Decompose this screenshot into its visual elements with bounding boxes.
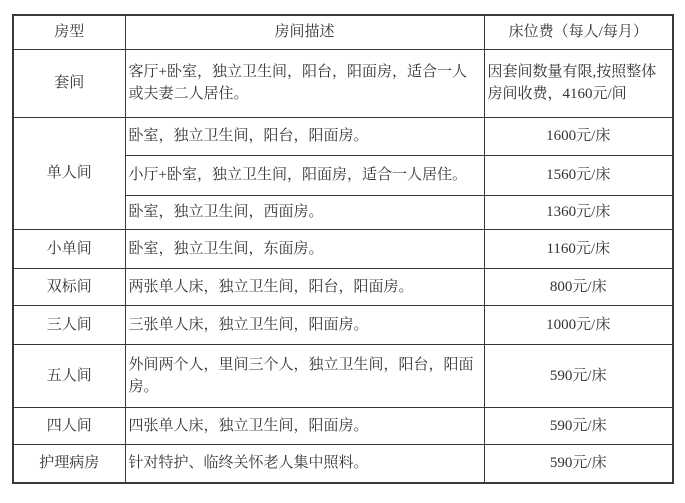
- room-fee-cell: 1600元/床: [484, 117, 673, 155]
- room-desc-cell: 三张单人床，独立卫生间，阳面房。: [125, 305, 484, 344]
- room-type-cell: 双标间: [13, 268, 125, 305]
- room-type-cell: 小单间: [13, 229, 125, 268]
- room-type-cell: 三人间: [13, 305, 125, 344]
- room-desc-cell: 针对特护、临终关怀老人集中照料。: [125, 444, 484, 483]
- room-fee-cell: 1560元/床: [484, 155, 673, 195]
- room-fee-cell: 1160元/床: [484, 229, 673, 268]
- table-row-triple: 三人间 三张单人床，独立卫生间，阳面房。 1000元/床: [13, 305, 673, 344]
- room-desc-cell: 卧室，独立卫生间，东面房。: [125, 229, 484, 268]
- room-fee-cell: 590元/床: [484, 344, 673, 407]
- room-desc-cell: 外间两个人，里间三个人，独立卫生间，阳台，阳面房。: [125, 344, 484, 407]
- header-bed-fee: 床位费（每人/每月）: [484, 15, 673, 49]
- table-row-nursing-ward: 护理病房 针对特护、临终关怀老人集中照料。 590元/床: [13, 444, 673, 483]
- room-desc-cell: 客厅+卧室，独立卫生间，阳台，阳面房，适合一人或夫妻二人居住。: [125, 49, 484, 117]
- room-price-table: 房型 房间描述 床位费（每人/每月） 套间 客厅+卧室，独立卫生间，阳台，阳面房…: [12, 14, 674, 484]
- room-desc-cell: 卧室，独立卫生间，阳台，阳面房。: [125, 117, 484, 155]
- table-row-double-standard: 双标间 两张单人床，独立卫生间，阳台，阳面房。 800元/床: [13, 268, 673, 305]
- room-fee-cell: 590元/床: [484, 444, 673, 483]
- room-type-cell: 四人间: [13, 407, 125, 444]
- room-desc-cell: 小厅+卧室，独立卫生间，阳面房，适合一人居住。: [125, 155, 484, 195]
- room-type-cell: 护理病房: [13, 444, 125, 483]
- room-desc-cell: 四张单人床，独立卫生间，阳面房。: [125, 407, 484, 444]
- table-row-single-1: 单人间 卧室，独立卫生间，阳台，阳面房。 1600元/床: [13, 117, 673, 155]
- room-type-cell: 五人间: [13, 344, 125, 407]
- table-row-small-single: 小单间 卧室，独立卫生间，东面房。 1160元/床: [13, 229, 673, 268]
- room-fee-cell: 590元/床: [484, 407, 673, 444]
- table-row-suite: 套间 客厅+卧室，独立卫生间，阳台，阳面房，适合一人或夫妻二人居住。 因套间数量…: [13, 49, 673, 117]
- room-type-cell: 套间: [13, 49, 125, 117]
- room-fee-cell: 800元/床: [484, 268, 673, 305]
- header-room-description: 房间描述: [125, 15, 484, 49]
- room-fee-cell: 1360元/床: [484, 195, 673, 229]
- table-row-four-person: 四人间 四张单人床，独立卫生间，阳面房。 590元/床: [13, 407, 673, 444]
- header-room-type: 房型: [13, 15, 125, 49]
- room-fee-cell: 1000元/床: [484, 305, 673, 344]
- header-row: 房型 房间描述 床位费（每人/每月）: [13, 15, 673, 49]
- room-desc-cell: 两张单人床，独立卫生间，阳台，阳面房。: [125, 268, 484, 305]
- room-desc-cell: 卧室，独立卫生间，西面房。: [125, 195, 484, 229]
- table-row-five-person: 五人间 外间两个人，里间三个人，独立卫生间，阳台，阳面房。 590元/床: [13, 344, 673, 407]
- room-type-cell: 单人间: [13, 117, 125, 229]
- room-fee-cell: 因套间数量有限,按照整体房间收费，4160元/间: [484, 49, 673, 117]
